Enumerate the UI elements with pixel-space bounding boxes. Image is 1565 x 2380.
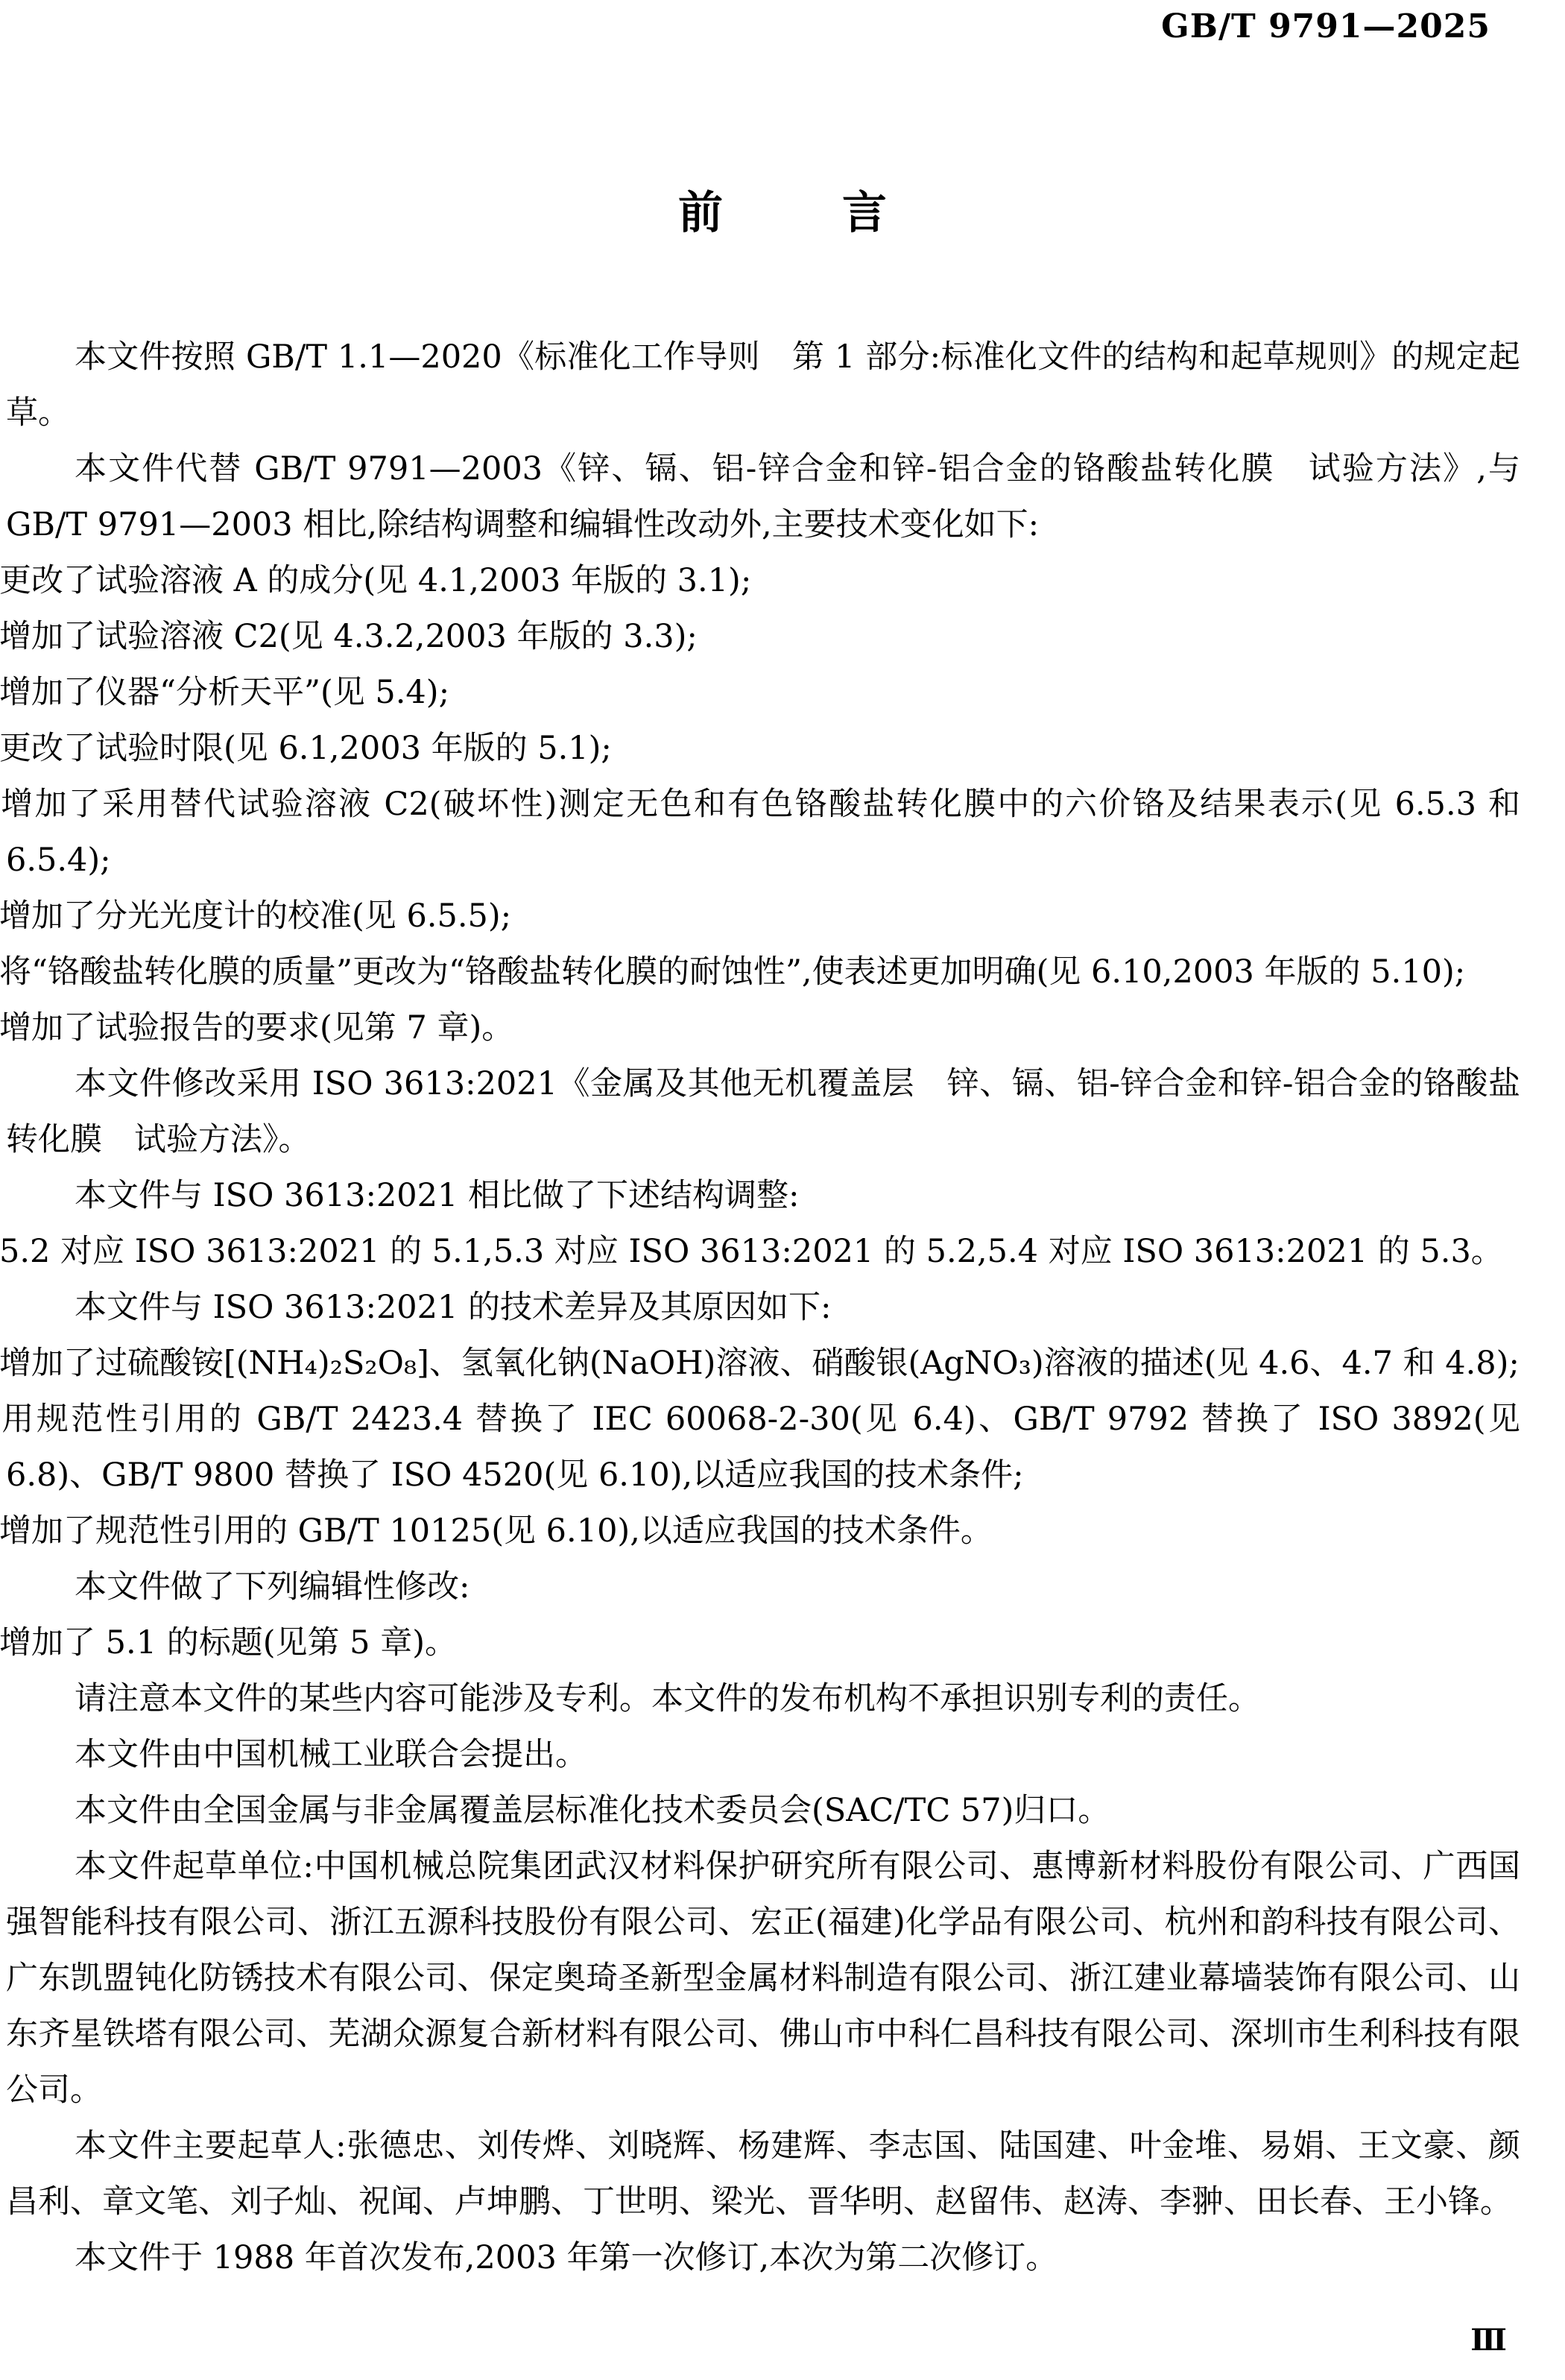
page-number: Ⅲ [1470, 2323, 1507, 2358]
paragraph: 本文件与 ISO 3613:2021 的技术差异及其原因如下: [6, 1280, 1520, 1336]
paragraph: 本文件做了下列编辑性修改: [6, 1559, 1520, 1615]
change-item: ——增加了过硫酸铵[(NH₄)₂S₂O₈]、氢氧化钠(NaOH)溶液、硝酸银(A… [6, 1336, 1520, 1392]
paragraph: 本文件于 1988 年首次发布,2003 年第一次修订,本次为第二次修订。 [6, 2230, 1520, 2286]
paragraph: 本文件修改采用 ISO 3613:2021《金属及其他无机覆盖层 锌、镉、铝-锌… [6, 1056, 1520, 1168]
change-item: ——更改了试验溶液 A 的成分(见 4.1,2003 年版的 3.1); [6, 553, 1520, 609]
foreword-body: 本文件按照 GB/T 1.1—2020《标准化工作导则 第 1 部分:标准化文件… [6, 329, 1520, 2286]
paragraph: 本文件按照 GB/T 1.1—2020《标准化工作导则 第 1 部分:标准化文件… [6, 329, 1520, 441]
paragraph: 本文件由中国机械工业联合会提出。 [6, 1727, 1520, 1783]
standard-code: GB/T 9791—2025 [1161, 7, 1490, 45]
change-item: ——将“铬酸盐转化膜的质量”更改为“铬酸盐转化膜的耐蚀性”,使表述更加明确(见 … [6, 944, 1520, 1000]
change-item: ——增加了分光光度计的校准(见 6.5.5); [6, 888, 1520, 944]
change-item: ——增加了规范性引用的 GB/T 10125(见 6.10),以适应我国的技术条… [6, 1503, 1520, 1559]
change-item: ——5.2 对应 ISO 3613:2021 的 5.1,5.3 对应 ISO … [6, 1224, 1520, 1280]
change-item: ——增加了仪器“分析天平”(见 5.4); [6, 665, 1520, 721]
change-item: ——增加了 5.1 的标题(见第 5 章)。 [6, 1615, 1520, 1671]
paragraph: 本文件由全国金属与非金属覆盖层标准化技术委员会(SAC/TC 57)归口。 [6, 1783, 1520, 1839]
change-item: ——增加了试验报告的要求(见第 7 章)。 [6, 1000, 1520, 1056]
change-item: ——增加了试验溶液 C2(见 4.3.2,2003 年版的 3.3); [6, 609, 1520, 665]
paragraph: 本文件代替 GB/T 9791—2003《锌、镉、铝-锌合金和锌-铝合金的铬酸盐… [6, 441, 1520, 553]
change-item: ——增加了采用替代试验溶液 C2(破坏性)测定无色和有色铬酸盐转化膜中的六价铬及… [6, 777, 1520, 888]
foreword-title: 前言 [0, 177, 1565, 242]
change-item: ——用规范性引用的 GB/T 2423.4 替换了 IEC 60068-2-30… [6, 1392, 1520, 1503]
paragraph: 请注意本文件的某些内容可能涉及专利。本文件的发布机构不承担识别专利的责任。 [6, 1671, 1520, 1727]
paragraph: 本文件主要起草人:张德忠、刘传烨、刘晓辉、杨建辉、李志国、陆国建、叶金堆、易娟、… [6, 2118, 1520, 2230]
paragraph: 本文件与 ISO 3613:2021 相比做了下述结构调整: [6, 1168, 1520, 1224]
paragraph: 本文件起草单位:中国机械总院集团武汉材料保护研究所有限公司、惠博新材料股份有限公… [6, 1839, 1520, 2118]
change-item: ——更改了试验时限(见 6.1,2003 年版的 5.1); [6, 721, 1520, 777]
